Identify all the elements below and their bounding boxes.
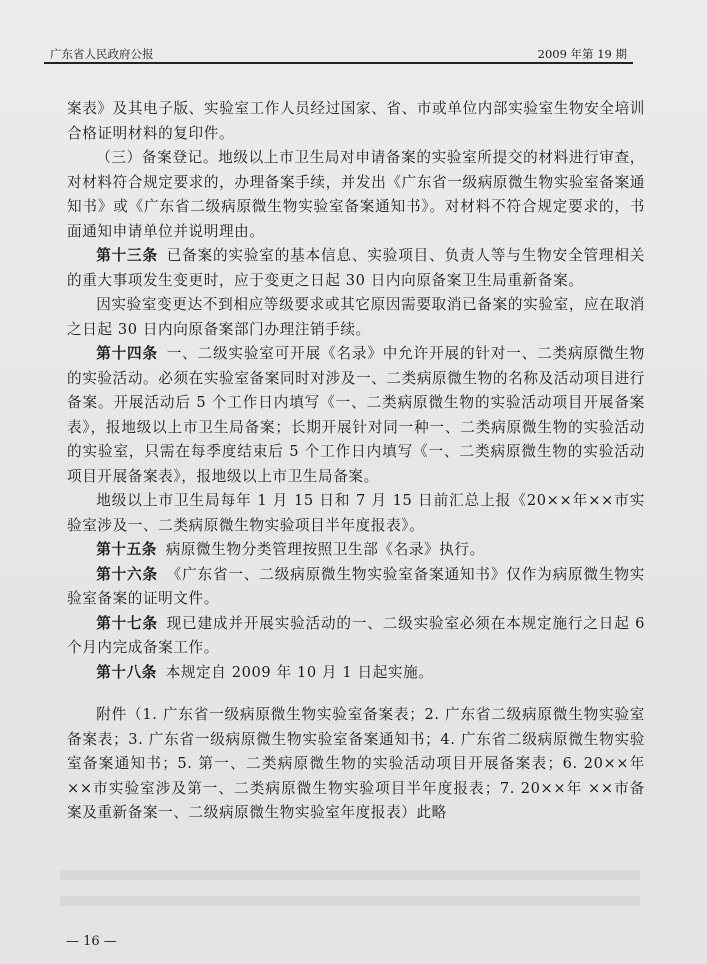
- article-heading: 第十五条: [96, 541, 157, 558]
- article-heading: 第十六条: [96, 566, 158, 583]
- bleed-through-text: [60, 870, 640, 880]
- article-16: 第十六条《广东省一、二级病原微生物实验室备案通知书》仅作为病原微生物实验室备案的…: [67, 563, 645, 612]
- article-heading: 第十八条: [96, 664, 157, 681]
- document-body: 案表》及其电子版、实验室工作人员经过国家、省、市或单位内部实验室生物安全培训合格…: [67, 97, 645, 826]
- article-heading: 第十四条: [96, 345, 158, 362]
- article-14: 第十四条一、二级实验室可开展《名录》中允许开展的针对一、二类病原微生物的实验活动…: [67, 342, 645, 489]
- bleed-through-text: [60, 896, 640, 906]
- paragraph: 地级以上市卫生局每年 1 月 15 日和 7 月 15 日前汇总上报《20××年…: [67, 489, 645, 538]
- article-18: 第十八条本规定自 2009 年 10 月 1 日起实施。: [67, 661, 645, 686]
- attachment-note: 附件（1. 广东省一级病原微生物实验室备案表；2. 广东省二级病原微生物实验室备…: [67, 703, 645, 826]
- spacer: [67, 685, 645, 703]
- article-heading: 第十三条: [96, 247, 158, 264]
- issue-number: 2009 年第 19 期: [538, 46, 627, 62]
- article-15: 第十五条病原微生物分类管理按照卫生部《名录》执行。: [67, 538, 645, 563]
- paragraph: 因实验室变更达不到相应等级要求或其它原因需要取消已备案的实验室，应在取消之日起 …: [67, 293, 645, 342]
- paragraph: （三）备案登记。地级以上市卫生局对申请备案的实验室所提交的材料进行审查，对材料符…: [67, 146, 645, 244]
- page-header: 广东省人民政府公报 2009 年第 19 期: [44, 44, 633, 64]
- article-13: 第十三条已备案的实验室的基本信息、实验项目、负责人等与生物安全管理相关的重大事项…: [67, 244, 645, 293]
- paragraph: 案表》及其电子版、实验室工作人员经过国家、省、市或单位内部实验室生物安全培训合格…: [67, 97, 645, 146]
- article-heading: 第十七条: [96, 615, 158, 632]
- publication-title: 广东省人民政府公报: [50, 46, 154, 62]
- document-page: 广东省人民政府公报 2009 年第 19 期 案表》及其电子版、实验室工作人员经…: [0, 0, 707, 964]
- page-number: — 16 —: [66, 934, 117, 949]
- article-17: 第十七条现已建成并开展实验活动的一、二级实验室必须在本规定施行之日起 6 个月内…: [67, 612, 645, 661]
